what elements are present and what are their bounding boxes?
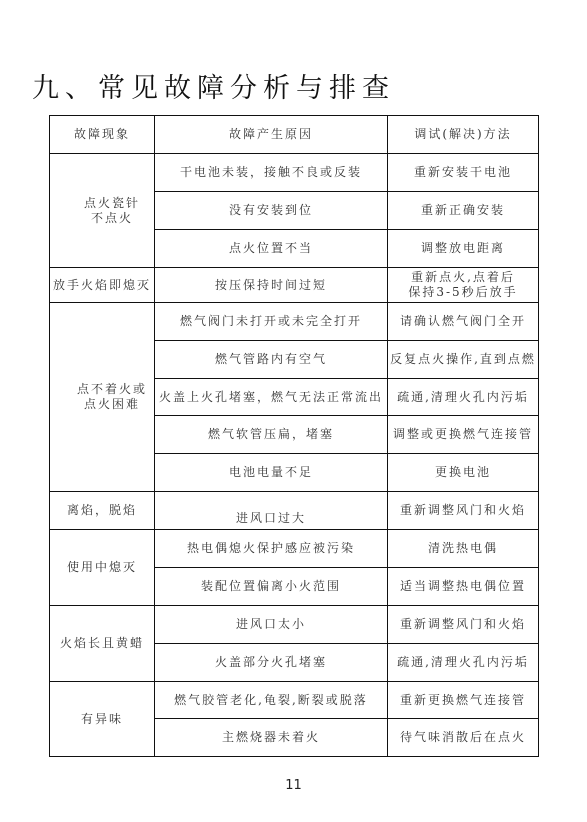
header-solution: 调试(解决)方法 <box>388 116 539 154</box>
solution-cell: 待气味消散后在点火 <box>388 719 539 757</box>
table-row: 使用中熄灭 热电偶熄火保护感应被污染 清洗热电偶 <box>50 530 539 568</box>
table-row: 火焰长且黄蜡 进风口太小 重新调整风门和火焰 <box>50 606 539 644</box>
cause-cell: 干电池未装，接触不良或反装 <box>155 154 388 192</box>
table-header-row: 故障现象 故障产生原因 调试(解决)方法 <box>50 116 539 154</box>
symptom-cell: 使用中熄灭 <box>50 530 155 606</box>
cause-cell: 装配位置偏离小火范围 <box>155 568 388 606</box>
table-row: 放手火焰即熄灭 按压保持时间过短 重新点火,点着后 保持3-5秒后放手 <box>50 268 539 303</box>
solution-cell: 重新更换燃气连接管 <box>388 682 539 719</box>
cause-cell: 点火位置不当 <box>155 230 388 268</box>
symptom-cell: 离焰，脱焰 <box>50 492 155 530</box>
page-title: 九、常见故障分析与排查 <box>32 66 395 105</box>
table-row: 离焰，脱焰 进风口过大 重新调整风门和火焰 <box>50 492 539 530</box>
cause-cell: 燃气胶管老化,龟裂,断裂或脱落 <box>155 682 388 719</box>
header-symptom: 故障现象 <box>50 116 155 154</box>
solution-cell: 重新调整风门和火焰 <box>388 606 539 644</box>
solution-cell: 重新点火,点着后 保持3-5秒后放手 <box>388 268 539 303</box>
solution-cell: 清洗热电偶 <box>388 530 539 568</box>
cause-cell: 进风口太小 <box>155 606 388 644</box>
table-row: 点不着火或 点火困难 燃气阀门未打开或未完全打开 请确认燃气阀门全开 <box>50 303 539 341</box>
cause-text: 进风口过大 <box>236 511 306 525</box>
cause-cell: 进风口过大 <box>155 492 388 530</box>
solution-cell: 重新正确安装 <box>388 192 539 230</box>
solution-cell: 请确认燃气阀门全开 <box>388 303 539 341</box>
solution-cell: 疏通,清理火孔内污垢 <box>388 379 539 416</box>
cause-cell: 火盖部分火孔堵塞 <box>155 644 388 682</box>
troubleshooting-table: 故障现象 故障产生原因 调试(解决)方法 点火瓷针 不点火 干电池未装，接触不良… <box>49 115 539 757</box>
cause-cell: 主燃烧器未着火 <box>155 719 388 757</box>
cause-cell: 燃气阀门未打开或未完全打开 <box>155 303 388 341</box>
table-row: 点火瓷针 不点火 干电池未装，接触不良或反装 重新安装干电池 <box>50 154 539 192</box>
solution-cell: 重新调整风门和火焰 <box>388 492 539 530</box>
solution-cell: 更换电池 <box>388 454 539 492</box>
header-cause: 故障产生原因 <box>155 116 388 154</box>
solution-cell: 适当调整热电偶位置 <box>388 568 539 606</box>
symptom-cell: 点不着火或 点火困难 <box>50 303 155 492</box>
cause-cell: 电池电量不足 <box>155 454 388 492</box>
solution-cell: 重新安装干电池 <box>388 154 539 192</box>
cause-cell: 按压保持时间过短 <box>155 268 388 303</box>
solution-cell: 反复点火操作,直到点燃 <box>388 341 539 379</box>
cause-cell: 没有安装到位 <box>155 192 388 230</box>
solution-cell: 疏通,清理火孔内污垢 <box>388 644 539 682</box>
table-row: 有异味 燃气胶管老化,龟裂,断裂或脱落 重新更换燃气连接管 <box>50 682 539 719</box>
symptom-cell: 点火瓷针 不点火 <box>50 154 155 268</box>
symptom-cell: 火焰长且黄蜡 <box>50 606 155 682</box>
cause-cell: 火盖上火孔堵塞，燃气无法正常流出 <box>155 379 388 416</box>
symptom-cell: 放手火焰即熄灭 <box>50 268 155 303</box>
solution-cell: 调整放电距离 <box>388 230 539 268</box>
cause-cell: 热电偶熄火保护感应被污染 <box>155 530 388 568</box>
cause-cell: 燃气软管压扁，堵塞 <box>155 416 388 454</box>
solution-cell: 调整或更换燃气连接管 <box>388 416 539 454</box>
cause-cell: 燃气管路内有空气 <box>155 341 388 379</box>
symptom-cell: 有异味 <box>50 682 155 757</box>
page-number: 11 <box>0 778 587 793</box>
